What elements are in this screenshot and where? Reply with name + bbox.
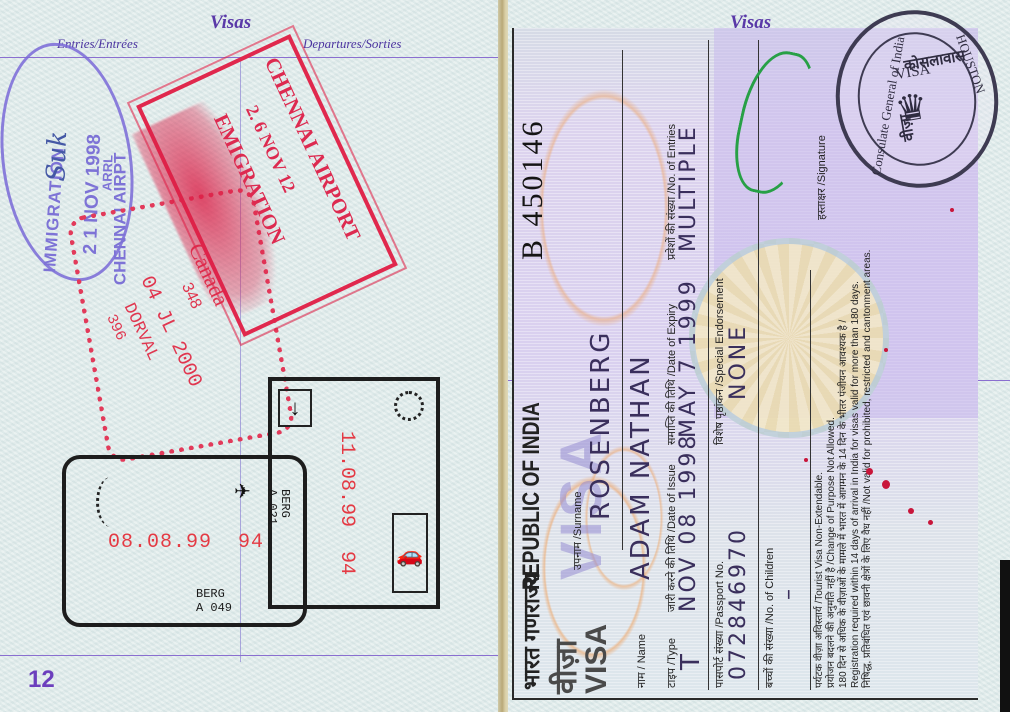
condition-line: 180 दिन से अधिक के वीज़ाओं के मामले में … [838, 250, 850, 688]
special-endorsement-label: विशेष पृष्ठांकन /Special Endorsement [712, 278, 727, 445]
name-label: नाम / Name [634, 634, 649, 688]
visa-logo: वीज़ाVISA [552, 624, 612, 694]
bergen-entry-stamp: ✈ 08.08.99 94 BERGA 049 BERG A 021 [62, 455, 307, 627]
field-rule [810, 270, 811, 690]
visa-conditions: पर्यटक वीज़ा अविस्तार्य /Tourist Visa No… [814, 250, 874, 688]
field-rule [708, 40, 709, 690]
stamp-place-line-1: BERG [196, 587, 225, 601]
left-page: Visas Entries/Entrées Departures/Sorties… [0, 0, 500, 712]
stamp-date: 11.08.99 94 [335, 431, 358, 575]
signature-label: हस्ताक्षर /Signature [814, 135, 829, 220]
condition-line: पर्यटक वीज़ा अविस्तार्य /Tourist Visa No… [814, 250, 826, 688]
page-number: 12 [28, 666, 55, 694]
entries-value: MULTIPLE [676, 124, 701, 252]
date-of-issue-value: NOV 08 1998 [676, 433, 701, 612]
visa-logo-english: VISA [580, 624, 613, 694]
visa-number: B 450146 [516, 118, 550, 260]
footer-rule [0, 655, 500, 656]
children-label: बच्चों की संख्या /No. of Children [762, 548, 777, 688]
passport-no-label: पासपोर्ट संख्या /Passport No. [712, 561, 727, 688]
given-name-value: ADAM NATHAN [626, 353, 656, 580]
departures-column-label: Departures/Sorties [303, 36, 401, 52]
book-edge-shadow [1000, 560, 1010, 712]
eu-stars-icon [394, 391, 424, 421]
field-rule [622, 50, 623, 550]
condition-line: Registration required within 14 days of … [850, 250, 862, 688]
stamp-date: 08.08.99 94 [108, 531, 264, 554]
surname-value: ROSENBERG [586, 330, 616, 520]
officer-initials: Suk [41, 131, 73, 182]
children-value: – [776, 586, 801, 600]
visa-logo-hindi: वीज़ा [550, 640, 583, 694]
type-value: T [676, 651, 706, 670]
stamp-place: BERGA 049 [196, 587, 232, 615]
condition-line: प्रयोजन बदलने की अनुमति नहीं है /Change … [826, 250, 838, 688]
stamp-side-text: BERG A 021 [265, 489, 291, 525]
date-of-expiry-value: MAY 7 1999 [676, 278, 701, 438]
visa-header-english: REPUBLIC OF INDIA [518, 402, 546, 590]
car-icon: 🚗 [392, 513, 428, 593]
airplane-icon: ✈ [234, 479, 251, 504]
passport-no-value: 072846970 [726, 527, 751, 680]
arrow-down-icon: ↓ [278, 389, 312, 427]
surname-label: उपनाम /Surname [570, 491, 585, 570]
eu-stars-icon [96, 477, 126, 527]
visa-header-hindi: भारत गणराज्य [516, 573, 546, 690]
stamp-place-line-2: A 049 [196, 601, 232, 615]
special-endorsement-value: NONE [726, 324, 751, 400]
left-page-title: Visas [210, 12, 251, 34]
passport-spread: Visas Entries/Entrées Departures/Sorties… [0, 0, 1010, 712]
